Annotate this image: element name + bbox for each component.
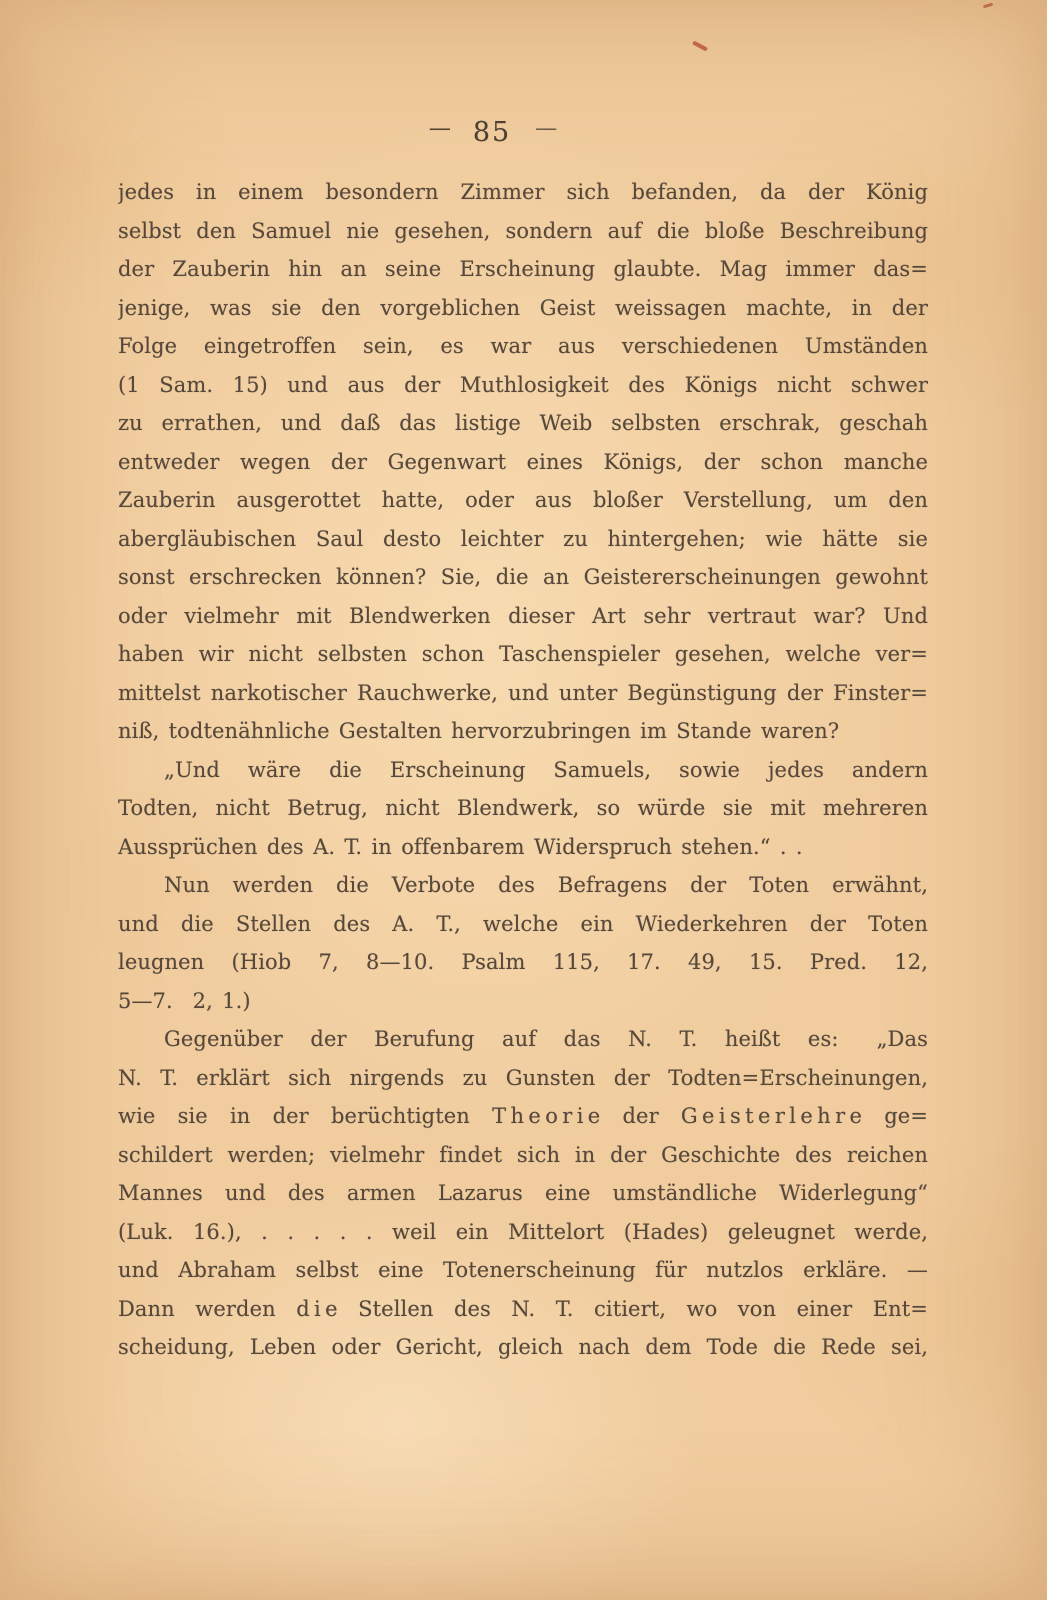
text-line: haben wir nicht selbsten schon Taschensp… — [118, 635, 928, 674]
page-number: 85 — [473, 117, 511, 148]
paper-background: —85— jedes in einem besondern Zimmer sic… — [0, 0, 1047, 1600]
text-line: jedes in einem besondern Zimmer sich bef… — [118, 173, 928, 212]
text-line: Aussprüchen des A. T. in offenbarem Wide… — [118, 828, 928, 867]
text-line: Todten, nicht Betrug, nicht Blendwerk, s… — [118, 789, 928, 828]
text-block: jedes in einem besondern Zimmer sich bef… — [118, 173, 928, 1367]
text-line: oder vielmehr mit Blendwerken dieser Art… — [118, 597, 928, 636]
text-line: (1 Sam. 15) und aus der Muthlosigkeit de… — [118, 366, 928, 405]
text-line: jenige, was sie den vorgeblichen Geist w… — [118, 289, 928, 328]
page-header: —85— — [118, 116, 866, 148]
text-line: Gegenüber der Berufung auf das N. T. hei… — [118, 1020, 928, 1059]
text-line: Nun werden die Verbote des Befragens der… — [118, 866, 928, 905]
text-line: scheidung, Leben oder Gericht, gleich na… — [118, 1328, 928, 1367]
text-line: leugnen (Hiob 7, 8—10. Psalm 115, 17. 49… — [118, 943, 928, 982]
text-line: Folge eingetroffen sein, es war aus vers… — [118, 327, 928, 366]
text-line: Mannes und des armen Lazarus eine umstän… — [118, 1174, 928, 1213]
text-line: selbst den Samuel nie gesehen, sondern a… — [118, 212, 928, 251]
paper-fiber-speck — [692, 40, 708, 51]
text-line: schildert werden; vielmehr findet sich i… — [118, 1136, 928, 1175]
text-line: und Abraham selbst eine Totenerscheinung… — [118, 1251, 928, 1290]
text-line: (Luk. 16.), . . . . . weil ein Mittelort… — [118, 1213, 928, 1252]
text-line: niß, todtenähnliche Gestalten hervorzubr… — [118, 712, 928, 751]
text-line: „Und wäre die Erscheinung Samuels, sowie… — [118, 751, 928, 790]
scanned-book-page: { "page": { "number": "85", "header_left… — [0, 0, 1047, 1600]
text-line: abergläubischen Saul desto leichter zu h… — [118, 520, 928, 559]
text-line: 5—7. 2, 1.) — [118, 982, 928, 1021]
text-line: mittelst narkotischer Rauchwerke, und un… — [118, 674, 928, 713]
text-line: zu errathen, und daß das listige Weib se… — [118, 404, 928, 443]
text-line: wie sie in der berüchtigten T h e o r i … — [118, 1097, 928, 1136]
text-line: sonst erschrecken können? Sie, die an Ge… — [118, 558, 928, 597]
text-line: Zauberin ausgerottet hatte, oder aus blo… — [118, 481, 928, 520]
page-number-dash-left: — — [429, 116, 449, 141]
text-line: der Zauberin hin an seine Erscheinung gl… — [118, 250, 928, 289]
text-line: und die Stellen des A. T., welche ein Wi… — [118, 905, 928, 944]
paper-fiber-speck — [983, 3, 993, 9]
text-line: entweder wegen der Gegenwart eines König… — [118, 443, 928, 482]
text-line: N. T. erklärt sich nirgends zu Gunsten d… — [118, 1059, 928, 1098]
text-line: Dann werden d i e Stellen des N. T. citi… — [118, 1290, 928, 1329]
page-number-dash-right: — — [535, 116, 555, 141]
